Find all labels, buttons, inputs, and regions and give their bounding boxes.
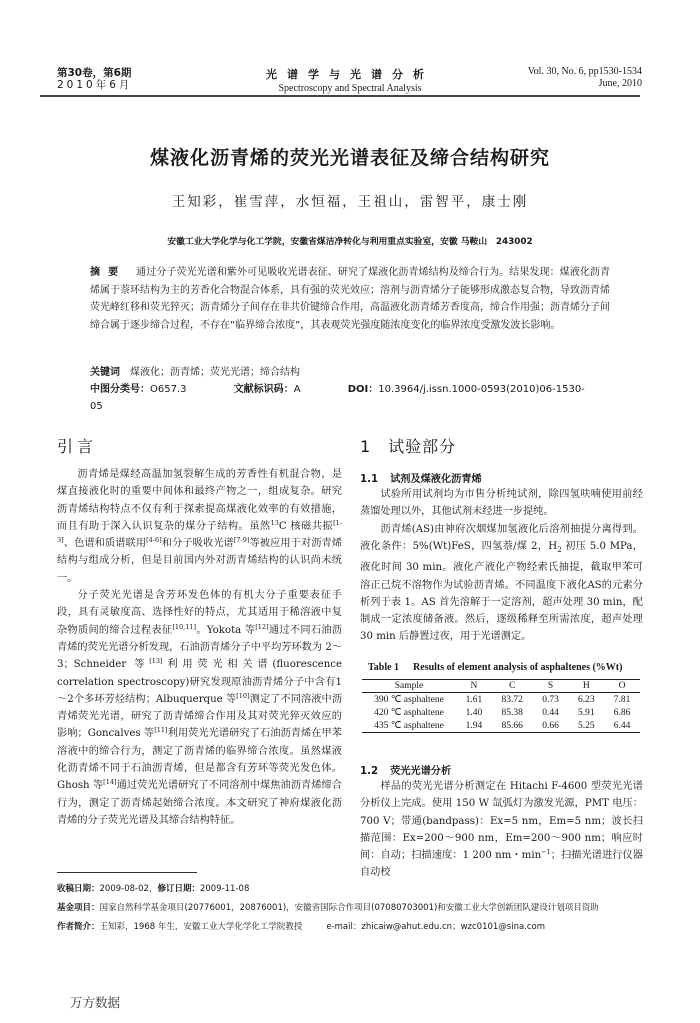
subsection-1-2-heading: 1.2荧光光谱分析 <box>360 762 451 777</box>
keywords-block: 关键词煤液化；沥青烯；荧光光谱；缔合结构 中图分类号：O657.3 文献标识码：… <box>90 364 630 415</box>
issue-date: 2010年6月 <box>57 79 132 91</box>
classification-row: 中图分类号：O657.3 文献标识码：A DOI：10.3964/j.issn.… <box>90 381 630 415</box>
footnote-funding: 基金项目：国家自然科学基金项目(20776001，20876001)，安徽省国际… <box>57 899 677 918</box>
citation: [7-9] <box>234 536 250 544</box>
abstract: 摘要通过分子荧光光谱和紫外可见吸收光谱表征、研究了煤液化沥青烯结构及缔合行为。结… <box>90 264 610 334</box>
running-header-right: Vol. 30, No. 6, pp1530-1534 June, 2010 <box>528 66 642 90</box>
citation: [11] <box>154 726 167 734</box>
table-header-row: Sample N C S H O <box>362 680 640 693</box>
section1-heading: 1 试验部分 <box>360 434 456 457</box>
citation: [13] <box>149 657 162 665</box>
journal-title-en: Spectroscopy and Spectral Analysis <box>230 83 470 94</box>
citation: [12] <box>255 623 268 631</box>
running-header-center: 光谱学与光谱分析 Spectroscopy and Spectral Analy… <box>230 66 470 94</box>
citation: [10,11] <box>172 623 196 631</box>
subsection-1-1-body: 试验所用试剂均为市售分析纯试剂，除四氢呋喃使用前经蒸馏处理以外，其他试剂未经进一… <box>360 486 643 646</box>
intro-paragraph-2: 分子荧光光谱是含芳环发色体的有机大分子重要表征手段，具有灵敏度高、选择性好的特点… <box>57 587 342 829</box>
footnotes: 收稿日期：2009-08-02，修订日期：2009-11-08 基金项目：国家自… <box>57 880 677 937</box>
keywords-label: 关键词 <box>90 367 120 378</box>
citation: [10] <box>236 692 249 700</box>
footnote-author-bio: 作者简介：王知彩，1968 年生，安徽工业大学化学化工学院教授e-mail：zh… <box>57 918 677 937</box>
section1-2-paragraph-1: 样品的荧光光谱分析测定在 Hitachi F-4600 型荧光光谱分析仪上完成。… <box>360 778 643 882</box>
issue-date-en: June, 2010 <box>528 78 642 90</box>
subsection-1-2-body: 样品的荧光光谱分析测定在 Hitachi F-4600 型荧光光谱分析仪上完成。… <box>360 778 643 882</box>
affiliation: 安徽工业大学化学与化工学院，安徽省煤洁净转化与利用重点实验室，安徽 马鞍山 24… <box>0 234 700 247</box>
citation: [4-6] <box>146 536 162 544</box>
table-row: 435 ℃ asphaltene1.9485.660.665.256.44 <box>362 719 640 733</box>
subsection-1-1-heading: 1.1试剂及煤液化沥青烯 <box>360 470 482 485</box>
table-row: 420 ℃ asphaltene1.4085.380.445.916.86 <box>362 706 640 719</box>
doi-label: DOI： <box>348 384 379 395</box>
wanfang-watermark: 万方数据 <box>70 993 120 1011</box>
header-rule <box>40 95 640 97</box>
section1-paragraph-2: 沥青烯(AS)由神府次烟煤加氢液化后溶剂抽提分离得到。液化条件：5%(Wt)Fe… <box>360 521 643 646</box>
author-list: 王知彩，崔雪萍，水恒福，王祖山，雷智平，康士刚 <box>0 190 700 210</box>
journal-title-cn: 光谱学与光谱分析 <box>230 66 470 82</box>
abstract-text: 通过分子荧光光谱和紫外可见吸收光谱表征、研究了煤液化沥青烯结构及缔合行为。结果发… <box>90 267 610 331</box>
doc-code-value: A <box>294 384 301 395</box>
abstract-label: 摘要 <box>90 267 126 278</box>
paper-title: 煤液化沥青烯的荧光光谱表征及缔合结构研究 <box>0 143 700 170</box>
intro-body: 沥青烯是煤经高温加氢裂解生成的芳香性有机混合物，是煤直接液化时的重要中间体和最终… <box>57 466 342 829</box>
clc-label: 中图分类号： <box>90 384 150 395</box>
table-1-element-analysis: Sample N C S H O 390 ℃ asphaltene1.6183.… <box>362 679 640 733</box>
running-header-left: 第30卷，第6期 2010年6月 <box>57 67 132 91</box>
keywords-text: 煤液化；沥青烯；荧光光谱；缔合结构 <box>130 367 300 378</box>
section1-paragraph-1: 试验所用试剂均为市售分析纯试剂，除四氢呋喃使用前经蒸馏处理以外，其他试剂未经进一… <box>360 486 643 521</box>
email-address: zhicaiw@ahut.edu.cn；wzc0101@sina.com <box>361 922 545 932</box>
footnote-rule <box>57 872 197 873</box>
footnote-dates: 收稿日期：2009-08-02，修订日期：2009-11-08 <box>57 880 677 899</box>
volume-issue: 第30卷，第6期 <box>57 67 132 79</box>
table-row: 390 ℃ asphaltene1.6183.720.736.237.81 <box>362 693 640 707</box>
clc-value: O657.3 <box>150 384 187 395</box>
doc-code-label: 文献标识码： <box>234 384 294 395</box>
intro-paragraph-1: 沥青烯是煤经高温加氢裂解生成的芳香性有机混合物，是煤直接液化时的重要中间体和最终… <box>57 466 342 587</box>
citation: [14] <box>103 778 116 786</box>
intro-heading: 引言 <box>57 434 97 457</box>
table-1-caption: Table 1Results of element analysis of as… <box>368 662 622 673</box>
volume-pages: Vol. 30, No. 6, pp1530-1534 <box>528 66 642 78</box>
